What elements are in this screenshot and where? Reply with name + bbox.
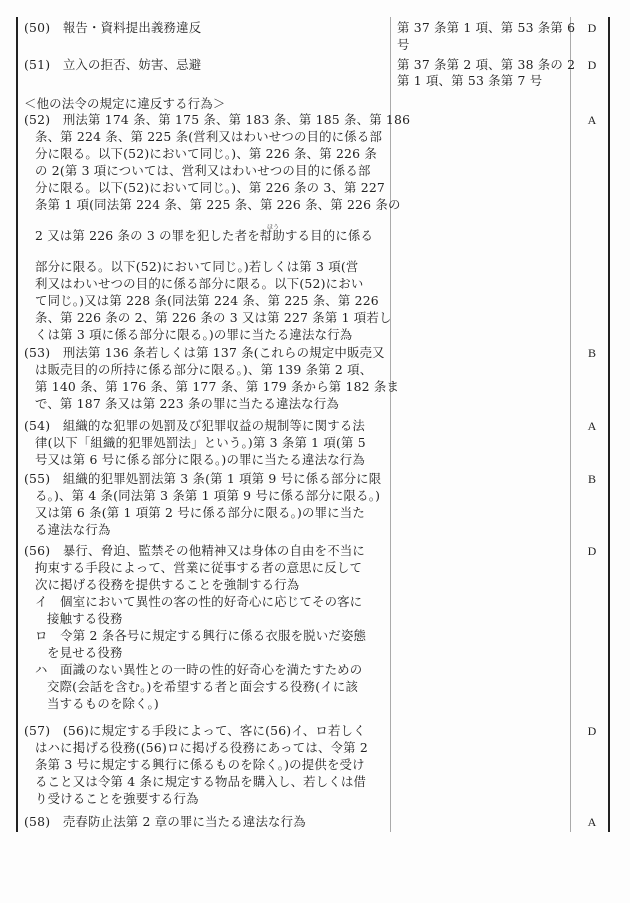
item-text-line: ること又は令第 4 条に規定する物品を購入し、若しくは借 — [35, 774, 366, 790]
item-text-line: くは第 3 項に係る部分に限る。)の罪に当たる違法な行為 — [35, 327, 352, 343]
column-divider-provision — [390, 17, 391, 832]
item-text-line: の 2(第 3 項については、営利又はわいせつの目的に係る部 — [35, 163, 371, 179]
item-text-line: 次に掲げる役務を提供することを強制する行為 — [35, 577, 299, 593]
grade-cell: A — [584, 418, 600, 434]
item-text-first-line: (56) 暴行、脅迫、監禁その他精神又は身体の自由を不当に — [24, 543, 365, 559]
item-text-line: イ 個室において異性の客の性的好奇心に応じてその客に — [35, 594, 362, 610]
item-text-line: て同じ。)又は第 228 条(同法第 224 条、第 225 条、第 226 — [35, 293, 379, 309]
item-text-first-line: ＜他の法令の規定に違反する行為＞ — [24, 96, 225, 112]
item-text-line: 条、第 224 条、第 225 条(営利又はわいせつの目的に係る部 — [35, 129, 382, 145]
item-text-line: は販売目的の所持に係る部分に限る。)、第 139 条第 2 項、 — [35, 362, 372, 378]
grade-cell: A — [584, 112, 600, 128]
provision-text: 第 37 条第 2 項、第 38 条の 2 — [397, 57, 575, 73]
item-text-line: 条第 3 号に規定する興行に係るものを除く。)の提供を受け — [35, 757, 365, 773]
item-text-line: 当するものを除く。) — [47, 696, 159, 712]
grade-cell: B — [584, 471, 600, 487]
grade-cell: A — [584, 814, 600, 830]
item-text-line: 律(以下「組織的犯罪処罰法」という。)第 3 条第 1 項(第 5 — [35, 435, 366, 451]
item-text-line: 部分に限る。以下(52)において同じ。)若しくは第 3 項(営 — [35, 259, 358, 275]
item-text-line: を見せる役務 — [47, 645, 123, 661]
column-divider-grade — [570, 17, 571, 832]
item-text-first-line: (55) 組織的犯罪処罰法第 3 条(第 1 項第 9 号に係る部分に限 — [24, 471, 381, 487]
item-text-line: 分に限る。以下(52)において同じ。)、第 226 条の 3、第 227 — [35, 180, 385, 196]
grade-cell: D — [584, 57, 600, 73]
item-text-line: 条、第 226 条の 2、第 226 条の 3 又は第 227 条第 1 項若し — [35, 310, 392, 326]
item-text-line: り受けることを強要する行為 — [35, 791, 199, 807]
item-text-first-line: (52) 刑法第 174 条、第 175 条、第 183 条、第 185 条、第… — [24, 112, 410, 128]
item-text-line: 分に限る。以下(52)において同じ。)、第 226 条、第 226 条 — [35, 146, 377, 162]
provision-text: 第 37 条第 1 項、第 53 条第 6 — [397, 20, 575, 36]
provision-text: 第 1 項、第 53 条第 7 号 — [397, 73, 542, 89]
item-text-line: 利又はわいせつの目的に係る部分に限る。以下(52)におい — [35, 276, 363, 292]
item-text-first-line: (57) (56)に規定する手段によって、客に(56)イ、ロ若しく — [24, 723, 366, 739]
item-text-line: 号又は第 6 号に係る部分に限る。)の罪に当たる違法な行為 — [35, 452, 365, 468]
grade-cell: D — [584, 20, 600, 36]
item-text-line: はハに掲げる役務((56)ロに掲げる役務にあっては、令第 2 — [35, 740, 368, 756]
item-text-line: 拘束する手段によって、営業に従事する者の意思に反して — [35, 560, 362, 576]
item-text-line: 又は第 6 条(第 1 項第 2 号に係る部分に限る。)の罪に当た — [35, 505, 365, 521]
grade-cell: D — [584, 723, 600, 739]
grade-cell: B — [584, 345, 600, 361]
ruby-annotation: ほう — [267, 222, 279, 231]
item-text-line: で、第 187 条又は第 223 条の罪に当たる違法な行為 — [35, 396, 339, 412]
item-text-line: る違法な行為 — [35, 522, 111, 538]
item-text-first-line: (54) 組織的な犯罪の処罰及び犯罪収益の規制等に関する法 — [24, 418, 365, 434]
item-text-line: 条第 1 項(同法第 224 条、第 225 条、第 226 条、第 226 条… — [35, 197, 401, 213]
grade-cell: D — [584, 543, 600, 559]
table-right-border — [608, 17, 610, 832]
item-text-line: 交際(会話を含む。)を希望する者と面会する役務(イに該 — [47, 679, 358, 695]
item-text-line: ロ 令第 2 条各号に規定する興行に係る衣服を脱いだ姿態 — [35, 628, 366, 644]
provision-text: 号 — [397, 37, 410, 53]
item-text-first-line: (58) 売春防止法第 2 章の罪に当たる違法な行為 — [24, 814, 306, 830]
item-text-first-line: (50) 報告・資料提出義務違反 — [24, 20, 201, 36]
item-text-line: ハ 面識のない異性との一時の性的好奇心を満たすための — [35, 662, 362, 678]
item-text-line: 第 140 条、第 176 条、第 177 条、第 179 条から第 182 条… — [35, 379, 399, 395]
item-text-line: る。)、第 4 条(同法第 3 条第 1 項第 9 号に係る部分に限る。) — [35, 488, 380, 504]
item-text-first-line: (53) 刑法第 136 条若しくは第 137 条(これらの規定中販売又 — [24, 345, 385, 361]
item-text-first-line: (51) 立入の拒否、妨害、忌避 — [24, 57, 201, 73]
item-text-line: 2 又は第 226 条の 3 の罪を犯した者を幇助する目的に係る — [35, 228, 373, 244]
item-text-line: 接触する役務 — [47, 611, 123, 627]
table-left-border — [16, 17, 18, 832]
